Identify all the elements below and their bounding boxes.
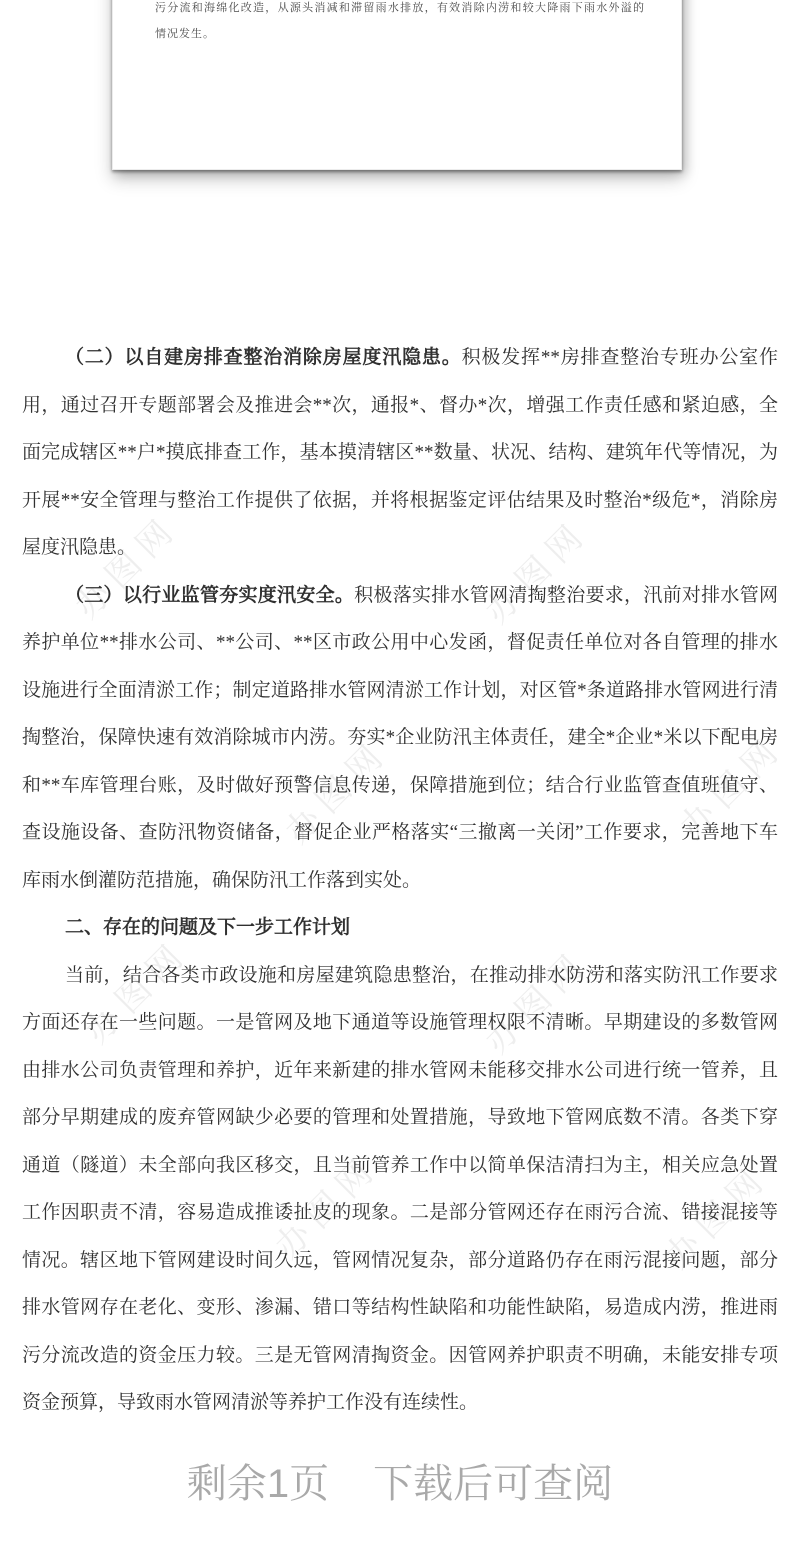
paragraph-building-inspection-lead: （二）以自建房排查整治消除房屋度汛隐患。	[65, 347, 462, 368]
previous-page-text: 污分流和海绵化改造，从源头消减和滞留雨水排放，有效消除内涝和较大降雨下雨水外溢的…	[113, 0, 681, 47]
document-body: （二）以自建房排查整治消除房屋度汛隐患。积极发挥**房排查整治专班办公室作用，通…	[22, 334, 778, 1427]
paragraph-building-inspection-text: 积极发挥**房排查整治专班办公室作用，通过召开专题部署会及推进会**次，通报*、…	[22, 347, 778, 558]
section-heading: 二、存在的问题及下一步工作计划	[22, 904, 778, 952]
paragraph-industry-supervision-text: 积极落实排水管网清掏整治要求，汛前对排水管网养护单位**排水公司、**公司、**…	[22, 585, 778, 891]
document-preview: 污分流和海绵化改造，从源头消减和滞留雨水排放，有效消除内涝和较大降雨下雨水外溢的…	[0, 0, 800, 1555]
remaining-pages-notice: 剩余1页下载后可查阅	[0, 1452, 800, 1509]
previous-page-sheet: 污分流和海绵化改造，从源头消减和滞留雨水排放，有效消除内涝和较大降雨下雨水外溢的…	[112, 0, 682, 170]
paragraph-building-inspection: （二）以自建房排查整治消除房屋度汛隐患。积极发挥**房排查整治专班办公室作用，通…	[22, 334, 778, 572]
paragraph-problems-and-plan: 当前，结合各类市政设施和房屋建筑隐患整治，在推动排水防涝和落实防汛工作要求方面还…	[22, 952, 778, 1427]
paragraph-industry-supervision: （三）以行业监管夯实度汛安全。积极落实排水管网清掏整治要求，汛前对排水管网养护单…	[22, 572, 778, 905]
paragraph-industry-supervision-lead: （三）以行业监管夯实度汛安全。	[65, 585, 354, 606]
download-hint-label: 下载后可查阅	[373, 1462, 613, 1506]
remaining-pages-label: 剩余1页	[187, 1462, 329, 1506]
